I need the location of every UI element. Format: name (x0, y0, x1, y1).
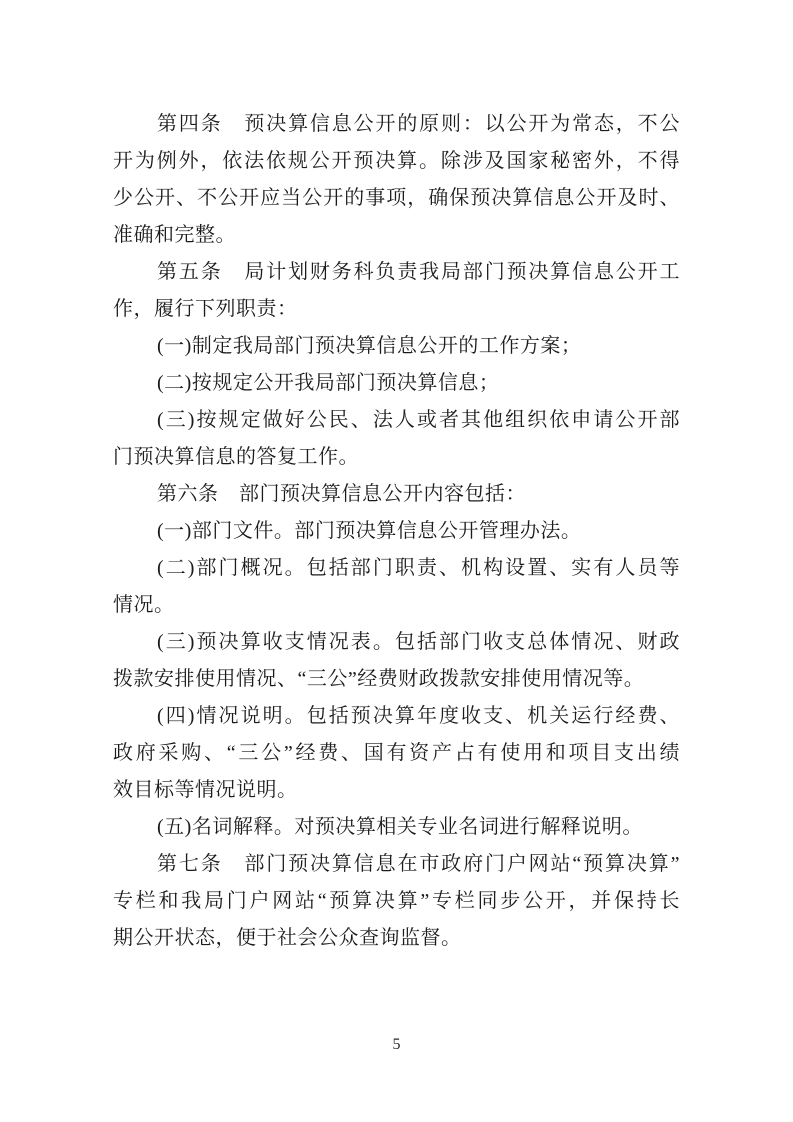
text-line: (四)情况说明。包括预决算年度收支、机关运行经费、 (113, 698, 680, 735)
text-line: 专栏和我局门户网站“预算决算”专栏同步公开，并保持长 (113, 883, 680, 920)
text-line: (二)按规定公开我局部门预决算信息； (113, 365, 680, 402)
text-line: 第四条 预决算信息公开的原则：以公开为常态，不公 (113, 106, 680, 143)
text-line: 第五条 局计划财务科负责我局部门预决算信息公开工 (113, 254, 680, 291)
document-page: 第四条 预决算信息公开的原则：以公开为常态，不公 开为例外，依法依规公开预决算。… (0, 0, 793, 1122)
text-line: 准确和完整。 (113, 217, 680, 254)
text-line: (一)制定我局部门预决算信息公开的工作方案； (113, 328, 680, 365)
document-body: 第四条 预决算信息公开的原则：以公开为常态，不公 开为例外，依法依规公开预决算。… (113, 106, 680, 957)
page-number: 5 (0, 1036, 793, 1054)
text-line: 开为例外，依法依规公开预决算。除涉及国家秘密外，不得 (113, 143, 680, 180)
text-line: (二)部门概况。包括部门职责、机构设置、实有人员等 (113, 550, 680, 587)
text-line: 第七条 部门预决算信息在市政府门户网站“预算决算” (113, 846, 680, 883)
text-line: 情况。 (113, 587, 680, 624)
text-line: (三)按规定做好公民、法人或者其他组织依申请公开部 (113, 402, 680, 439)
text-line: 门预决算信息的答复工作。 (113, 439, 680, 476)
text-line: 第六条 部门预决算信息公开内容包括： (113, 476, 680, 513)
text-line: 拨款安排使用情况、“三公”经费财政拨款安排使用情况等。 (113, 661, 680, 698)
text-line: 期公开状态，便于社会公众查询监督。 (113, 920, 680, 957)
text-line: (五)名词解释。对预决算相关专业名词进行解释说明。 (113, 809, 680, 846)
text-line: 少公开、不公开应当公开的事项，确保预决算信息公开及时、 (113, 180, 680, 217)
text-line: (三)预决算收支情况表。包括部门收支总体情况、财政 (113, 624, 680, 661)
text-line: 效目标等情况说明。 (113, 772, 680, 809)
text-line: (一)部门文件。部门预决算信息公开管理办法。 (113, 513, 680, 550)
text-line: 政府采购、“三公”经费、国有资产占有使用和项目支出绩 (113, 735, 680, 772)
text-line: 作，履行下列职责： (113, 291, 680, 328)
